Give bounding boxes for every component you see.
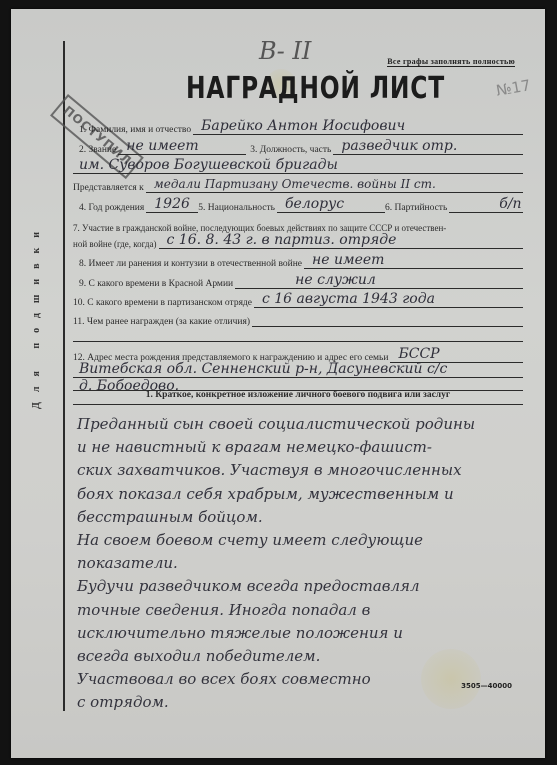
narrative-line: Преданный сын своей социалистической род… xyxy=(77,413,547,436)
award-sheet: Для подшивки В- II Все графы заполнять п… xyxy=(11,9,545,758)
narrative-line: точные сведения. Иногда попадал в xyxy=(77,599,547,622)
field-nominated-for: Представляется к медали Партизану Отечес… xyxy=(73,177,523,193)
handwritten-category-note: В- II xyxy=(259,37,311,65)
narrative-line: На своем боевом счету имеет следующие xyxy=(77,529,547,552)
field-address-line2: Витебская обл. Сенненский р-н, Дасуневск… xyxy=(73,361,523,378)
field-birth-nationality-party: 4. Год рождения 1926 5. Национальность б… xyxy=(73,197,523,213)
field-label: 6. Партийность xyxy=(385,203,449,213)
narrative-line: и не навистный к врагам немецко-фашист- xyxy=(77,436,547,459)
field-label: 8. Имеет ли ранения и контузии в отечест… xyxy=(73,259,304,269)
narrative-line: ских захватчиков. Участвуя в многочислен… xyxy=(77,459,547,482)
narrative-line: исключительно тяжелые положения и xyxy=(77,622,547,645)
field-war-participation: ной войне (где, когда) с 16. 8. 43 г. в … xyxy=(73,233,523,249)
field-label: Представляется к xyxy=(73,183,146,193)
field-label: 1. Фамилия, имя и отчество xyxy=(73,125,193,135)
field-value: медали Партизану Отечеств. войны II ст. xyxy=(146,176,523,193)
field-label: 3. Должность, часть xyxy=(246,145,333,155)
binding-label: Для подшивки xyxy=(31,222,42,409)
field-rank-position: 2. Звание не имеет 3. Должность, часть р… xyxy=(73,139,523,155)
field-full-name: 1. Фамилия, имя и отчество Барейко Антон… xyxy=(73,119,523,135)
field-label: ной войне (где, когда) xyxy=(73,239,159,249)
field-value: не имеет xyxy=(304,252,523,269)
narrative-line: показатели. xyxy=(77,552,547,575)
feat-narrative: Преданный сын своей социалистической род… xyxy=(77,413,547,715)
field-label: 10. С какого времени в партизанском отря… xyxy=(73,298,254,308)
field-red-army-since: 9. С какого времени в Красной Армии не с… xyxy=(73,273,523,289)
field-label: 9. С какого времени в Красной Армии xyxy=(73,279,235,289)
narrative-line: с отрядом. xyxy=(77,691,547,714)
narrative-line: Будучи разведчиком всегда предоставлял xyxy=(77,575,547,598)
field-wounds: 8. Имеет ли ранения и контузии в отечест… xyxy=(73,253,523,269)
field-value: Барейко Антон Иосифович xyxy=(193,118,523,135)
field-value: не служил xyxy=(235,272,523,289)
fill-instruction: Все графы заполнять полностью xyxy=(387,57,515,67)
field-label: 5. Национальность xyxy=(198,203,277,213)
narrative-line: всегда выходил победителем. xyxy=(77,645,547,668)
field-value: разведчик отр. xyxy=(333,138,523,155)
document-title: НАГРАДНОЙ ЛИСТ xyxy=(186,71,445,106)
section-heading: 1. Краткое, конкретное изложение личного… xyxy=(73,390,523,405)
field-war-participation-label: 7. Участие в гражданской войне, последую… xyxy=(73,217,523,233)
field-label: 2. Звание xyxy=(73,145,118,155)
field-value: белорус xyxy=(277,196,385,213)
field-position-continued: им. Суворов Богушевской бригады xyxy=(73,157,523,174)
field-label: 4. Год рождения xyxy=(73,203,146,213)
narrative-line: бесстрашным бойцом. xyxy=(77,506,547,529)
pencil-number: №17 xyxy=(495,76,532,100)
blank-line xyxy=(73,325,523,342)
field-value: с 16 августа 1943 года xyxy=(254,291,523,308)
field-partisan-since: 10. С какого времени в партизанском отря… xyxy=(73,292,523,308)
field-value: с 16. 8. 43 г. в партиз. отряде xyxy=(159,232,524,249)
print-code: 3505—40000 xyxy=(461,682,512,690)
field-value: б/п xyxy=(449,196,523,213)
narrative-line: боях показал себя храбрым, мужественным … xyxy=(77,483,547,506)
field-value: 1926 xyxy=(146,196,198,213)
field-value: не имеет xyxy=(118,138,246,155)
binding-margin-line xyxy=(63,41,65,711)
